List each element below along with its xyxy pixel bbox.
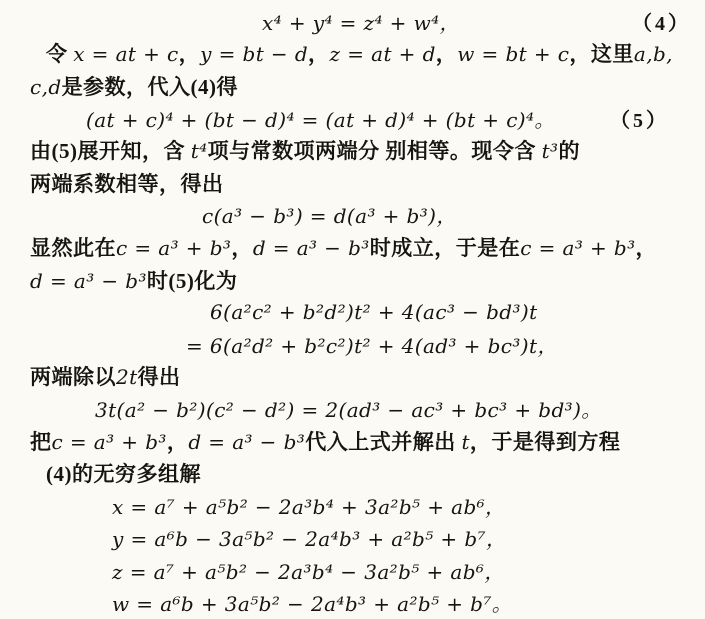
text-line: y = a⁶b − 3a⁵b² − 2a⁴b³ + a²b⁵ + b⁷， (0, 522, 705, 554)
line-content: y = a⁶b − 3a⁵b² − 2a⁴b³ + a²b⁵ + b⁷， (112, 523, 506, 552)
cn-text: 项与常数项两端分 别相等。现令含 (208, 139, 542, 163)
text-line: w = a⁶b + 3a⁵b² − 2a⁴b³ + a²b⁵ + b⁷。 (0, 586, 705, 618)
cn-text: 的 (558, 139, 580, 163)
cn-text: 显然此在 (30, 236, 116, 260)
cn-text: (4)的无穷多组解 (46, 462, 201, 486)
line-content: c,d是参数，代入(4)得 (30, 71, 238, 101)
math-text: t (461, 430, 469, 454)
cn-text: ， (308, 42, 330, 66)
math-text: w = bt + c (457, 42, 569, 66)
line-content: d = a³ − b³时(5)化为 (30, 265, 237, 295)
math-text: z = a⁷ + a⁵b² − 2a³b⁴ − 3a²b⁵ + ab⁶， (112, 560, 505, 584)
text-line: 两端除以2t得出 (0, 360, 705, 392)
math-text: = 6(a²d² + b²c²)t² + 4(ad³ + bc³)t， (186, 334, 558, 358)
cn-text: 时成立，于是在 (370, 236, 521, 260)
math-text: c = a³ + b³ (520, 236, 635, 260)
line-content: 把c = a³ + b³，d = a³ − b³代入上式并解出 t，于是得到方程 (30, 426, 620, 456)
cn-text: ， (436, 42, 458, 66)
line-content: 3t(a² − b²)(c² − d²) = 2(ad³ − ac³ + bc³… (95, 394, 602, 423)
math-text: w = a⁶b + 3a⁵b² − 2a⁴b³ + a²b⁵ + b⁷。 (112, 592, 512, 616)
text-line: = 6(a²d² + b²c²)t² + 4(ad³ + bc³)t， (0, 328, 705, 360)
text-line: 显然此在c = a³ + b³，d = a³ − b³时成立，于是在c = a³… (0, 231, 705, 263)
text-line: c(a³ − b³) = d(a³ + b³)， (0, 199, 705, 231)
math-text: c(a³ − b³) = d(a³ + b³)， (202, 204, 457, 228)
cn-text: 是参数，代入(4)得 (62, 75, 239, 99)
math-text: d = a³ − b³ (188, 430, 305, 454)
text-line: 由(5)展开知，含 t⁴项与常数项两端分 别相等。现令含 t³的 (0, 134, 705, 166)
cn-text: 得出 (138, 365, 181, 389)
line-content: x = a⁷ + a⁵b² − 2a³b⁴ + 3a²b⁵ + ab⁶， (112, 491, 505, 520)
text-line: 令 x = at + c，y = bt − d，z = at + d，w = b… (0, 37, 705, 69)
line-content: z = a⁷ + a⁵b² − 2a³b⁴ − 3a²b⁵ + ab⁶， (112, 556, 505, 585)
cn-text: ， (231, 236, 253, 260)
cn-text: 把 (30, 430, 52, 454)
text-line: d = a³ − b³时(5)化为 (0, 263, 705, 295)
math-text: c = a³ + b³ (116, 236, 231, 260)
line-content: 两端系数相等，得出 (30, 168, 224, 198)
line-content: c(a³ − b³) = d(a³ + b³)， (202, 200, 457, 229)
text-line: (at + c)⁴ + (bt − d)⁴ = (at + d)⁴ + (bt … (0, 102, 705, 134)
text-line: z = a⁷ + a⁵b² − 2a³b⁴ − 3a²b⁵ + ab⁶， (0, 554, 705, 586)
line-content: 由(5)展开知，含 t⁴项与常数项两端分 别相等。现令含 t³的 (30, 135, 580, 165)
text-line: c,d是参数，代入(4)得 (0, 70, 705, 102)
cn-text: ， (167, 430, 189, 454)
line-content: w = a⁶b + 3a⁵b² − 2a⁴b³ + a²b⁵ + b⁷。 (112, 588, 512, 617)
cn-text: 两端除以 (30, 365, 116, 389)
line-content: 两端除以2t得出 (30, 361, 181, 391)
text-line: 两端系数相等，得出 (0, 166, 705, 198)
math-text: d = a³ − b³ (253, 236, 370, 260)
line-content: (at + c)⁴ + (bt − d)⁴ = (at + d)⁴ + (bt … (86, 104, 555, 133)
math-text: x = a⁷ + a⁵b² − 2a³b⁴ + 3a²b⁵ + ab⁶， (112, 495, 505, 519)
math-text: d = a³ − b³ (30, 269, 147, 293)
math-text: c = a³ + b³ (52, 430, 167, 454)
text-line: (4)的无穷多组解 (0, 457, 705, 489)
math-text: 6(a²c² + b²d²)t² + 4(ac³ − bd³)t (210, 300, 538, 324)
math-text: t³ (542, 139, 559, 163)
cn-text: 代入上式并解出 (305, 430, 461, 454)
cn-text: 时(5)化为 (147, 269, 238, 293)
line-content: x⁴ + y⁴ = z⁴ + w⁴， (262, 7, 460, 36)
math-text: y = bt − d (200, 42, 308, 66)
text-line: 把c = a³ + b³，d = a³ − b³代入上式并解出 t，于是得到方程 (0, 425, 705, 457)
math-text: x = at + c (73, 42, 178, 66)
cn-text: 令 (46, 42, 73, 66)
math-text: t⁴ (191, 139, 208, 163)
math-text: c,d (30, 75, 62, 99)
math-text: a,b, (634, 42, 673, 66)
math-text: y = a⁶b − 3a⁵b² − 2a⁴b³ + a²b⁵ + b⁷， (112, 527, 506, 551)
scanned-math-page: x⁴ + y⁴ = z⁴ + w⁴，（4）令 x = at + c，y = bt… (0, 0, 705, 619)
text-line: x⁴ + y⁴ = z⁴ + w⁴，（4） (0, 5, 705, 37)
cn-text: ，这里 (569, 42, 634, 66)
line-content: 令 x = at + c，y = bt − d，z = at + d，w = b… (46, 38, 673, 68)
math-text: x⁴ + y⁴ = z⁴ + w⁴， (262, 11, 460, 35)
math-text: (at + c)⁴ + (bt − d)⁴ = (at + d)⁴ + (bt … (86, 108, 555, 132)
cn-text: 由(5)展开知，含 (30, 139, 191, 163)
line-content: 显然此在c = a³ + b³，d = a³ − b³时成立，于是在c = a³… (30, 232, 657, 262)
cn-text: ， (179, 42, 201, 66)
line-content: = 6(a²d² + b²c²)t² + 4(ad³ + bc³)t， (186, 330, 558, 359)
equation-number: （5） (610, 104, 669, 133)
text-line: 3t(a² − b²)(c² − d²) = 2(ad³ − ac³ + bc³… (0, 393, 705, 425)
cn-text: ，于是得到方程 (470, 430, 621, 454)
cn-text: ， (636, 236, 658, 260)
line-content: (4)的无穷多组解 (46, 458, 201, 488)
math-text: 2t (116, 365, 138, 389)
text-line: 6(a²c² + b²d²)t² + 4(ac³ − bd³)t (0, 296, 705, 328)
cn-text: 两端系数相等，得出 (30, 172, 224, 196)
line-content: 6(a²c² + b²d²)t² + 4(ac³ − bd³)t (210, 300, 538, 324)
equation-number: （4） (632, 7, 691, 36)
text-line: x = a⁷ + a⁵b² − 2a³b⁴ + 3a²b⁵ + ab⁶， (0, 489, 705, 521)
math-text: z = at + d (330, 42, 436, 66)
math-text: 3t(a² − b²)(c² − d²) = 2(ad³ − ac³ + bc³… (95, 398, 602, 422)
document-body: x⁴ + y⁴ = z⁴ + w⁴，（4）令 x = at + c，y = bt… (0, 5, 705, 619)
